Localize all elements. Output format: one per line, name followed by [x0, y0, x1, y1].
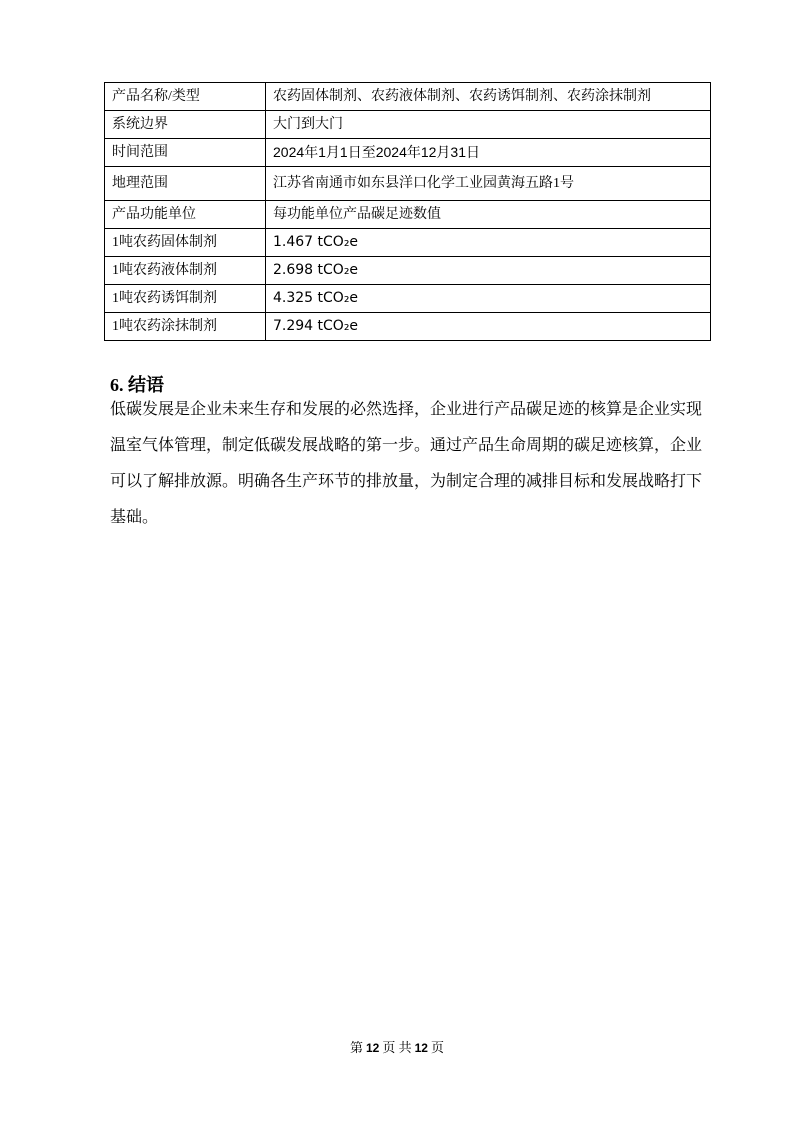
- table-value-liquid-formulation: 2.698 tCO₂e: [266, 257, 711, 285]
- table-label-functional-unit: 产品功能单位: [105, 201, 266, 229]
- table-label-bait-formulation: 1吨农药诱饵制剂: [105, 285, 266, 313]
- table-value-system-boundary: 大门到大门: [266, 111, 711, 139]
- table-value-bait-formulation: 4.325 tCO₂e: [266, 285, 711, 313]
- table-label-time-range: 时间范围: [105, 139, 266, 167]
- table-row: 1吨农药固体制剂 1.467 tCO₂e: [105, 229, 711, 257]
- table-label-solid-formulation: 1吨农药固体制剂: [105, 229, 266, 257]
- footer-suffix: 页: [431, 1040, 444, 1055]
- table-row: 1吨农药诱饵制剂 4.325 tCO₂e: [105, 285, 711, 313]
- page-footer: 第12页 共12页: [0, 1037, 794, 1056]
- table-label-product-name: 产品名称/类型: [105, 83, 266, 111]
- footer-middle: 页 共: [382, 1040, 411, 1055]
- table-value-product-name: 农药固体制剂、农药液体制剂、农药诱饵制剂、农药涂抹制剂: [266, 83, 711, 111]
- table-label-system-boundary: 系统边界: [105, 111, 266, 139]
- table-row: 1吨农药涂抹制剂 7.294 tCO₂e: [105, 313, 711, 341]
- table-row: 产品名称/类型 农药固体制剂、农药液体制剂、农药诱饵制剂、农药涂抹制剂: [105, 83, 711, 111]
- footer-current-page-number: 12: [366, 1041, 379, 1055]
- table-row: 产品功能单位 每功能单位产品碳足迹数值: [105, 201, 711, 229]
- table-row: 地理范围 江苏省南通市如东县洋口化学工业园黄海五路1号: [105, 167, 711, 201]
- table-value-time-range: 2024年1月1日至2024年12月31日: [266, 139, 711, 167]
- table-label-smear-formulation: 1吨农药涂抹制剂: [105, 313, 266, 341]
- table-value-solid-formulation: 1.467 tCO₂e: [266, 229, 711, 257]
- table-value-functional-unit: 每功能单位产品碳足迹数值: [266, 201, 711, 229]
- table-value-smear-formulation: 7.294 tCO₂e: [266, 313, 711, 341]
- table-value-geo-range: 江苏省南通市如东县洋口化学工业园黄海五路1号: [266, 167, 711, 201]
- table-label-geo-range: 地理范围: [105, 167, 266, 201]
- table-row: 时间范围 2024年1月1日至2024年12月31日: [105, 139, 711, 167]
- table-label-liquid-formulation: 1吨农药液体制剂: [105, 257, 266, 285]
- table-row: 系统边界 大门到大门: [105, 111, 711, 139]
- footer-prefix: 第: [350, 1040, 363, 1055]
- document-page: 产品名称/类型 农药固体制剂、农药液体制剂、农药诱饵制剂、农药涂抹制剂 系统边界…: [0, 0, 794, 1123]
- product-carbon-footprint-table: 产品名称/类型 农药固体制剂、农药液体制剂、农药诱饵制剂、农药涂抹制剂 系统边界…: [104, 82, 711, 341]
- footer-total-page-number: 12: [415, 1041, 428, 1055]
- table-row: 1吨农药液体制剂 2.698 tCO₂e: [105, 257, 711, 285]
- conclusion-paragraph: 低碳发展是企业未来生存和发展的必然选择，企业进行产品碳足迹的核算是企业实现温室气…: [110, 392, 702, 536]
